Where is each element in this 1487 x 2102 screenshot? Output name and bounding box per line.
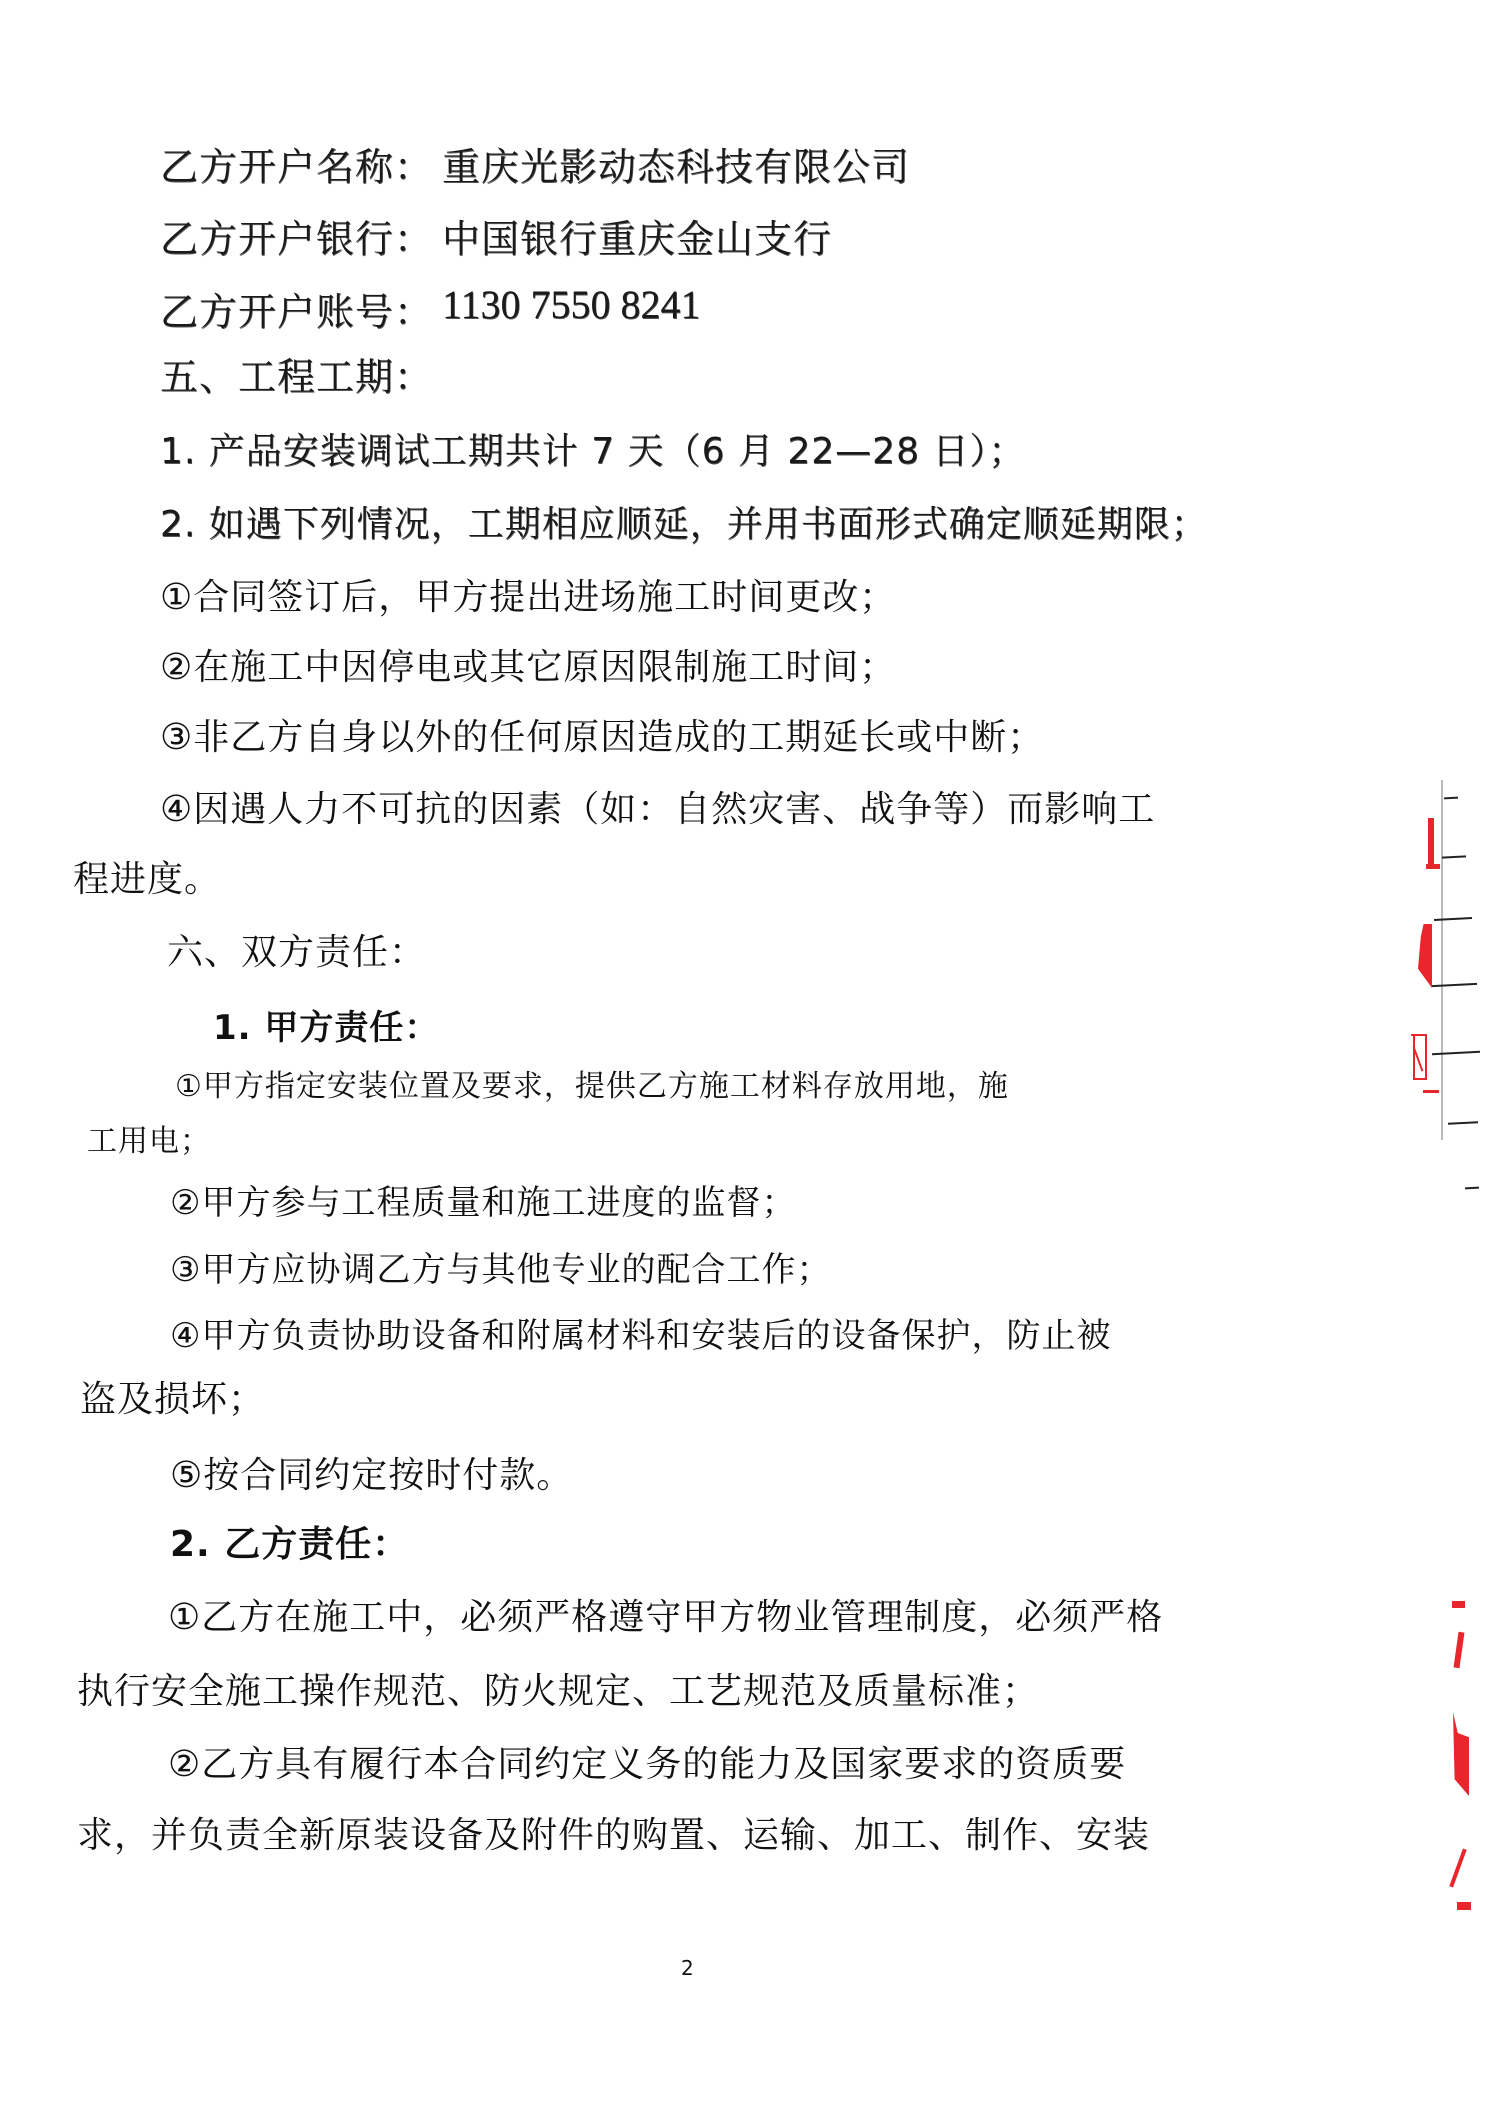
seal-fragment xyxy=(1457,1902,1471,1910)
seal-tick xyxy=(1442,855,1466,858)
party-b-heading: 2. 乙方责任： xyxy=(170,1527,409,1563)
account-number-row: 乙方开户账号： 1130 7550 8241 xyxy=(0,281,1487,325)
party-a-item5: ⑤按合同约定按时付款。 xyxy=(170,1458,573,1494)
account-number-value: 1130 7550 8241 xyxy=(442,281,701,328)
party-b-item1: ①乙方在施工中，必须严格遵守甲方物业管理制度，必须严格 xyxy=(168,1600,1163,1636)
party-a-heading: 1. 甲方责任： xyxy=(213,1011,439,1045)
seal-fragment xyxy=(1452,1601,1465,1608)
seal-fragment xyxy=(1423,1090,1439,1093)
account-bank-label: 乙方开户银行： xyxy=(160,208,433,263)
party-b-item2-continuation: 求，并负责全新原装设备及附件的购置、运输、加工、制作、安装 xyxy=(77,1818,1150,1854)
seal-tick xyxy=(1432,983,1477,987)
seal-fragment xyxy=(1449,1849,1466,1888)
party-b-item1-continuation: 执行安全施工操作规范、防火规定、工艺规范及质量标准； xyxy=(77,1674,1039,1710)
section5-item2: 2. 如遇下列情况，工期相应顺延，并用书面形式确定顺延期限； xyxy=(160,507,1208,543)
section5-case3: ③非乙方自身以外的任何原因造成的工期延长或中断； xyxy=(160,720,1044,756)
party-a-item2: ②甲方参与工程质量和施工进度的监督； xyxy=(170,1186,796,1220)
account-name-value: 重庆光影动态科技有限公司 xyxy=(442,136,910,191)
seal-fragment xyxy=(1413,1034,1415,1080)
seal-tick xyxy=(1434,917,1472,920)
seal-fragment xyxy=(1428,818,1434,868)
section5-case1: ①合同签订后，甲方提出进场施工时间更改； xyxy=(160,580,896,616)
party-b-item2: ②乙方具有履行本合同约定义务的能力及国家要求的资质要 xyxy=(168,1747,1126,1783)
seal-tick xyxy=(1444,797,1458,799)
seal-fragment xyxy=(1418,924,1432,988)
seal-tick xyxy=(1465,1187,1479,1189)
account-name-row: 乙方开户名称： 重庆光影动态科技有限公司 xyxy=(0,136,1487,180)
seal-edge-line xyxy=(1441,780,1443,1140)
seal-tick xyxy=(1448,1121,1478,1124)
account-number-label: 乙方开户账号： xyxy=(160,281,433,336)
section5-case4-continuation: 程进度。 xyxy=(73,862,221,898)
party-a-item1-continuation: 工用电； xyxy=(87,1127,211,1157)
section5-case4: ④因遇人力不可抗的因素（如：自然灾害、战争等）而影响工 xyxy=(160,792,1155,828)
seal-tick xyxy=(1432,1051,1480,1055)
seal-fragment xyxy=(1453,1712,1469,1796)
section5-heading: 五、工程工期： xyxy=(160,358,433,396)
party-a-item4: ④甲方负责协助设备和附属材料和安装后的设备保护，防止被 xyxy=(170,1319,1111,1353)
account-name-label: 乙方开户名称： xyxy=(160,136,433,191)
section5-item1: 1. 产品安装调试工期共计 7 天（6 月 22—28 日）； xyxy=(160,434,1025,470)
section5-case2: ②在施工中因停电或其它原因限制施工时间； xyxy=(160,650,896,686)
page-number: 2 xyxy=(681,1956,694,1980)
account-bank-value: 中国银行重庆金山支行 xyxy=(442,208,832,263)
party-a-item3: ③甲方应协调乙方与其他专业的配合工作； xyxy=(170,1253,831,1287)
section6-heading: 六、双方责任： xyxy=(167,935,426,971)
account-bank-row: 乙方开户银行： 中国银行重庆金山支行 xyxy=(0,208,1487,252)
seal-fragment xyxy=(1413,1078,1427,1080)
seal-fragment xyxy=(1426,864,1440,869)
party-a-item4-continuation: 盗及损坏； xyxy=(80,1382,265,1418)
party-a-item1: ①甲方指定安装位置及要求，提供乙方施工材料存放用地，施 xyxy=(175,1072,1009,1102)
seal-fragment xyxy=(1425,1034,1427,1080)
seal-fragment xyxy=(1454,1632,1465,1668)
